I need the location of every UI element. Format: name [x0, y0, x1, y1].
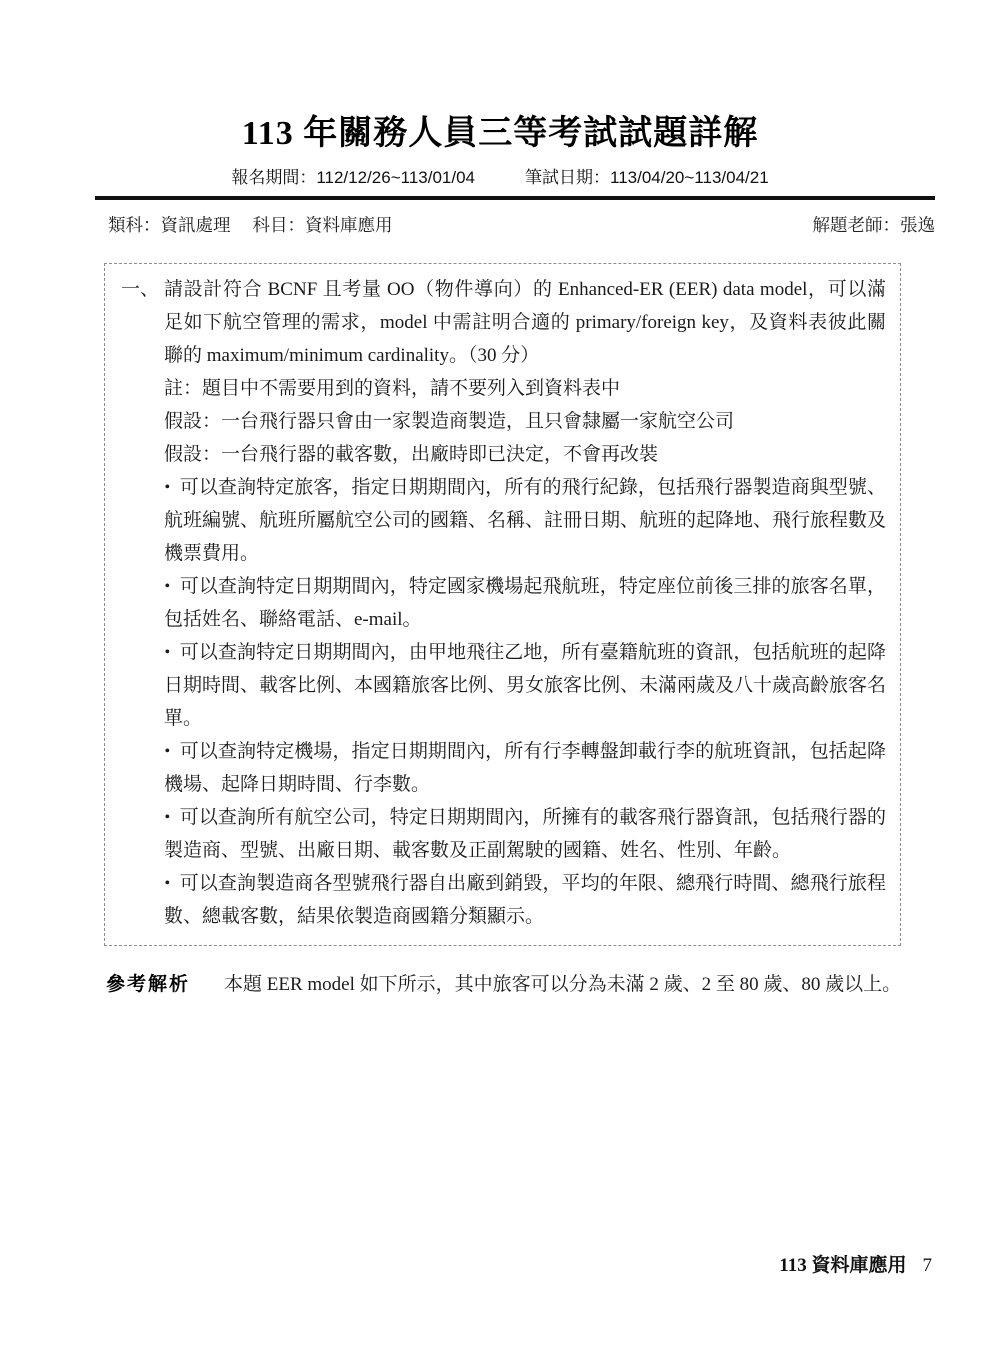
header-divider — [95, 196, 935, 200]
question-intro: 一、 請設計符合 BCNF 且考量 OO（物件導向）的 Enhanced-ER … — [121, 273, 886, 372]
bullet-icon: • — [164, 803, 170, 831]
question-assumption: 假設：一台飛行器的載客數，出廠時即已決定，不會再改裝 — [164, 438, 886, 471]
bullet-item: •可以查詢特定日期期間內，由甲地飛往乙地，所有臺籍航班的資訊，包括航班的起降日期… — [164, 636, 886, 735]
page-footer: 113 資料庫應用7 — [779, 1253, 932, 1279]
question-assumption: 假設：一台飛行器只會由一家製造商製造，且只會隸屬一家航空公司 — [164, 405, 886, 438]
bullet-text: 可以查詢特定機場，指定日期期間內，所有行李轉盤卸載行李的航班資訊，包括起降機場、… — [164, 741, 886, 795]
bullet-icon: • — [164, 638, 170, 666]
solution-teacher: 解題老師：張逸 — [813, 213, 936, 237]
footer-page-number: 7 — [923, 1255, 933, 1276]
question-intro-text: 請設計符合 BCNF 且考量 OO（物件導向）的 Enhanced-ER (EE… — [164, 273, 886, 372]
bullet-text: 可以查詢所有航空公司，特定日期期間內，所擁有的載客飛行器資訊，包括飛行器的製造商… — [164, 807, 886, 861]
page-title: 113 年關務人員三等考試試題詳解 — [0, 112, 1000, 156]
analysis-text: 本題 EER model 如下所示，其中旅客可以分為未滿 2 歲、2 至 80 … — [224, 970, 938, 1000]
bullet-icon: • — [164, 572, 170, 600]
bullet-text: 可以查詢特定旅客，指定日期期間內，所有的飛行紀錄，包括飛行器製造商與型號、航班編… — [164, 477, 886, 564]
written-exam-date: 筆試日期：113/04/20~113/04/21 — [525, 166, 769, 190]
reference-analysis: 參考解析 本題 EER model 如下所示，其中旅客可以分為未滿 2 歲、2 … — [106, 970, 938, 1000]
bullet-text: 可以查詢特定日期期間內，特定國家機場起飛航班，特定座位前後三排的旅客名單，包括姓… — [164, 576, 886, 630]
exam-subject: 科目：資料庫應用 — [253, 213, 393, 237]
bullet-item: •可以查詢特定日期期間內，特定國家機場起飛航班，特定座位前後三排的旅客名單，包括… — [164, 570, 886, 636]
bullet-text: 可以查詢製造商各型號飛行器自出廠到銷毀，平均的年限、總飛行時間、總飛行旅程數、總… — [164, 873, 886, 927]
bullet-icon: • — [164, 869, 170, 897]
registration-period: 報名期間：112/12/26~113/01/04 — [231, 166, 475, 190]
analysis-label: 參考解析 — [106, 970, 190, 1000]
footer-book-title: 113 資料庫應用 — [779, 1255, 906, 1276]
bullet-item: •可以查詢特定機場，指定日期期間內，所有行李轉盤卸載行李的航班資訊，包括起降機場… — [164, 735, 886, 801]
bullet-item: •可以查詢製造商各型號飛行器自出廠到銷毀，平均的年限、總飛行時間、總飛行旅程數、… — [164, 867, 886, 933]
bullet-item: •可以查詢所有航空公司，特定日期期間內，所擁有的載客飛行器資訊，包括飛行器的製造… — [164, 801, 886, 867]
exam-category: 類科：資訊處理 — [108, 213, 231, 237]
meta-row: 類科：資訊處理 科目：資料庫應用 解題老師：張逸 — [108, 213, 935, 237]
document-page: 113 年關務人員三等考試試題詳解 報名期間：112/12/26~113/01/… — [0, 0, 1000, 1353]
bullet-icon: • — [164, 737, 170, 765]
bullet-icon: • — [164, 473, 170, 501]
meta-left: 類科：資訊處理 科目：資料庫應用 — [108, 213, 393, 237]
question-box: 一、 請設計符合 BCNF 且考量 OO（物件導向）的 Enhanced-ER … — [104, 263, 901, 946]
question-number: 一、 — [121, 273, 164, 372]
exam-dates-row: 報名期間：112/12/26~113/01/04 筆試日期：113/04/20~… — [0, 166, 1000, 190]
bullet-text: 可以查詢特定日期期間內，由甲地飛往乙地，所有臺籍航班的資訊，包括航班的起降日期時… — [164, 642, 886, 729]
bullet-item: •可以查詢特定旅客，指定日期期間內，所有的飛行紀錄，包括飛行器製造商與型號、航班… — [164, 471, 886, 570]
question-note: 註：題目中不需要用到的資料，請不要列入到資料表中 — [164, 372, 886, 405]
